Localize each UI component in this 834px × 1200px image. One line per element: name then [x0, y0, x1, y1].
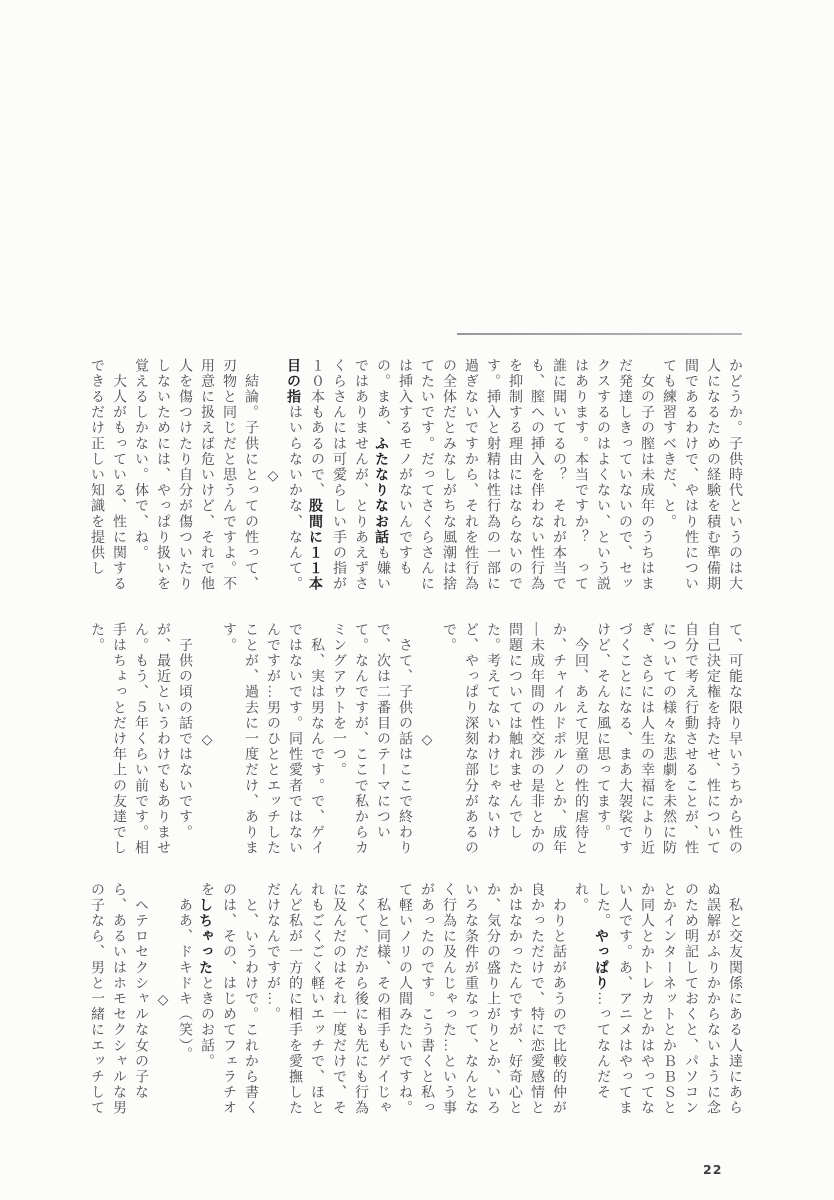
vertical-text-line: て、可能な限り早いうちから性の [723, 622, 745, 860]
vertical-text-line: の全体だとみなしがちな風潮は捨 [437, 358, 459, 596]
vertical-text-line: についての様々な悲劇を未然に防 [657, 622, 679, 860]
text-segment: 刃物と同じだと思うんですよ。不 [221, 358, 236, 592]
vertical-text-line: 問題については触れませんでし [503, 622, 525, 860]
text-segment: のため明記しておくと、パソコン [683, 882, 698, 1116]
vertical-text-line: 良かっただけで、特に恋愛感情と [525, 882, 547, 1120]
text-segment: 女の子の膣は未成年のうちはま [639, 358, 654, 592]
text-segment: かどうか。子供時代というのは大 [727, 358, 742, 592]
text-segment: があったのです。こう書くと私っ [419, 882, 434, 1116]
text-segment: ても練習すべきだ、と。 [661, 358, 676, 530]
page-number: 22 [703, 1162, 722, 1177]
vertical-text-line: れもごくごく軽いエッチで、ほと [305, 882, 327, 1120]
text-segment: 私と交友関係にある人達にあら [727, 882, 742, 1116]
text-segment: 自己決定権を持たせ、性について [705, 622, 720, 856]
text-segment: で。 [441, 622, 456, 653]
text-segment: しないためには、やっぱり扱いを [155, 358, 170, 592]
vertical-text-line: のため明記しておくと、パソコン [679, 882, 701, 1120]
text-segment: 結論。子供にとっての性って、 [243, 358, 258, 592]
text-segment: て軽いノリの人間みたいですね。 [397, 882, 412, 1116]
vertical-text-line: いろな条件が重なって、なんとな [459, 882, 481, 1120]
text-segment: て、可能な限り早いうちから性の [727, 622, 742, 856]
vertical-text-line: 大人がもっている、性に関する [107, 358, 129, 596]
text-segment: ああ、ドキドキ（笑）。 [177, 882, 192, 1062]
text-segment: ヘテロセクシャルな女の子な [133, 882, 148, 1100]
text-segment: わりと話があうので比較的仲が [551, 882, 566, 1116]
text-segment: く行為に及んじゃった…という事 [441, 882, 456, 1116]
text-segment: さて、子供の話はここで終わり [397, 622, 412, 856]
text-segment: てたいです。だってさくらさんに [419, 358, 434, 592]
text-segment: の。まあ、 [375, 358, 390, 436]
emphasis-text: 股間に１１本 [308, 498, 324, 592]
text-segment: ―未成年間の性交渉の是非とかの [529, 622, 544, 856]
text-segment: んですが…男のひととエッチした [265, 622, 280, 856]
text-segment: ら、あるいはホモセクシャルな男 [111, 882, 126, 1116]
text-segment: 私と同様、その相手もゲイじゃ [375, 882, 390, 1116]
vertical-text-line: の。まあ、ふたなりなお話も嫌い [371, 358, 393, 596]
text-segment: て。なんですが、ここで私からカ [353, 622, 368, 856]
vertical-text-line: に及んだのはそれ一度だけで、そ [327, 882, 349, 1120]
vertical-text-line: ヘテロセクシャルな女の子な [129, 882, 151, 1120]
vertical-text-line: く行為に及んじゃった…という事 [437, 882, 459, 1120]
vertical-text-line: 覚えるしかない。体で、ね。 [129, 358, 151, 596]
vertical-text-line: だ発達しきっていないので、セッ [613, 358, 635, 596]
text-segment: 過ぎないですから、それを性行為 [463, 358, 478, 592]
text-segment: が、最近というわけでもありませ [155, 622, 170, 856]
vertical-text-line: なくて、だから後にも先にも行為 [349, 882, 371, 1120]
vertical-text-line: ことが、過去に一度だけ、ありま [239, 622, 261, 860]
text-segment: か、気分の盛り上がりとか、いろ [485, 882, 500, 1116]
text-block-bottom: 私と交友関係にある人達にあらぬ誤解がふりかからないように念のため明記しておくと、… [85, 882, 745, 1120]
vertical-text-line: 自分で考え行動させることが、性 [679, 622, 701, 860]
vertical-text-line: ど、やっぱり深刻な部分があるの [459, 622, 481, 860]
text-segment: …ってなんだそ [595, 991, 610, 1100]
text-segment: ぎ、さらには人生の幸福により近 [639, 622, 654, 856]
text-segment: のは、その、はじめてフェラチオ [221, 882, 236, 1116]
vertical-text-line: は挿入するモノがないんですも [393, 358, 415, 596]
vertical-text-line: て軽いノリの人間みたいですね。 [393, 882, 415, 1120]
vertical-text-line: た。 [85, 622, 107, 860]
vertical-text-line: す。挿入と射精は性行為の一部に [481, 358, 503, 596]
text-segment: も嫌い [375, 545, 390, 592]
vertical-text-line: てたいです。だってさくらさんに [415, 358, 437, 596]
text-segment: と、いうわけで。これから書く [243, 882, 258, 1116]
scanned-document-page: かどうか。子供時代というのは大人になるための経験を積む準備期間であるわけで、やは… [0, 0, 834, 1200]
emphasis-text: しちゃった [198, 898, 214, 976]
text-segment: くらさんには可愛らしい手の指が [331, 358, 346, 592]
vertical-text-line: んど私が一方的に相手を愛撫した [283, 882, 305, 1120]
text-segment: はあります。本当ですか？ って [573, 358, 588, 592]
vertical-text-line: て。なんですが、ここで私からカ [349, 622, 371, 860]
text-segment: 間であるわけで、やはり性につい [683, 358, 698, 592]
text-segment: なくて、だから後にも先にも行為 [353, 882, 368, 1116]
vertical-text-line: 結論。子供にとっての性って、 [239, 358, 261, 596]
vertical-text-line: か、チャイルドポルノとか、成年 [547, 622, 569, 860]
text-segment: 人を傷つけたり自分が傷ついたり [177, 358, 192, 592]
text-segment: の子なら、男と一緒にエッチして [89, 882, 104, 1116]
vertical-text-line: れ。 [569, 882, 591, 1120]
vertical-text-line: ぬ誤解がふりかからないように念 [701, 882, 723, 1120]
text-segment: 大人がもっている、性に関する [111, 358, 126, 592]
emphasis-text: 目の指 [286, 358, 302, 405]
text-block-middle: て、可能な限り早いうちから性の自己決定権を持たせ、性について自分で考え行動させる… [85, 622, 745, 860]
diamond-divider: ◇ [415, 622, 437, 860]
vertical-text-line: づくことになる、まあ大袈裟です [613, 622, 635, 860]
text-segment: で、次は二番目のテーマについ [375, 622, 390, 840]
text-segment: か、チャイルドポルノとか、成年 [551, 622, 566, 856]
text-segment: ぬ誤解がふりかからないように念 [705, 882, 720, 1116]
vertical-text-line: とかインターネットとかＢＢＳと [657, 882, 679, 1120]
vertical-text-line: かはなかったんですが、好奇心と [503, 882, 525, 1120]
vertical-text-line: 用意に扱えば危いけど、それで他 [195, 358, 217, 596]
vertical-text-line: 女の子の膣は未成年のうちはま [635, 358, 657, 596]
vertical-text-line: い人です。あ、アニメはやってま [613, 882, 635, 1120]
vertical-text-line: クスするのはよくない、という説 [591, 358, 613, 596]
vertical-text-line: 私、実は男なんです。で、ゲイ [305, 622, 327, 860]
text-segment: クスするのはよくない、という説 [595, 358, 610, 592]
text-block-top: かどうか。子供時代というのは大人になるための経験を積む準備期間であるわけで、やは… [85, 358, 745, 596]
vertical-text-line: の子なら、男と一緒にエッチして [85, 882, 107, 1120]
vertical-text-line: と、いうわけで。これから書く [239, 882, 261, 1120]
text-segment: を [199, 882, 214, 898]
text-segment: か同人とかトレカとかはやってな [639, 882, 654, 1116]
vertical-text-line: も、膣への挿入を伴わない性行為 [525, 358, 547, 596]
vertical-text-line: 間であるわけで、やはり性につい [679, 358, 701, 596]
vertical-text-line: ん。もう、５年くらい前です。相 [129, 622, 151, 860]
vertical-text-line: だけなんですが…。 [261, 882, 283, 1120]
text-segment: だけなんですが…。 [265, 882, 280, 1022]
text-segment: の全体だとみなしがちな風潮は捨 [441, 358, 456, 592]
vertical-text-line: 過ぎないですから、それを性行為 [459, 358, 481, 596]
vertical-text-line: で、次は二番目のテーマについ [371, 622, 393, 860]
text-segment: に及んだのはそれ一度だけで、そ [331, 882, 346, 1116]
text-segment: ではないです。同性愛者ではない [287, 622, 302, 856]
text-segment: いろな条件が重なって、なんとな [463, 882, 478, 1116]
vertical-text-line: ぎ、さらには人生の幸福により近 [635, 622, 657, 860]
vertical-text-line: か同人とかトレカとかはやってな [635, 882, 657, 1120]
text-segment: 子供の頃の話ではないです。 [177, 622, 192, 840]
text-segment: 私、実は男なんです。で、ゲイ [309, 622, 324, 856]
text-segment: ど、やっぱり深刻な部分があるの [463, 622, 478, 856]
text-segment: す。挿入と射精は性行為の一部に [485, 358, 500, 592]
section-divider-rule [457, 333, 742, 335]
text-segment: かはなかったんですが、好奇心と [507, 882, 522, 1116]
vertical-text-line: ても練習すべきだ、と。 [657, 358, 679, 596]
text-segment: づくことになる、まあ大袈裟です [617, 622, 632, 856]
vertical-text-line: した。やっぱり…ってなんだそ [591, 882, 613, 1120]
vertical-text-line: をしちゃったときのお話。 [195, 882, 217, 1120]
text-segment: 人になるための経験を積む準備期 [705, 358, 720, 592]
text-segment: 自分で考え行動させることが、性 [683, 622, 698, 856]
text-segment: とかインターネットとかＢＢＳと [661, 882, 676, 1116]
vertical-text-line: か、気分の盛り上がりとか、いろ [481, 882, 503, 1120]
text-segment: だ発達しきっていないので、セッ [617, 358, 632, 592]
text-segment: けど、そんな風に思ってます。 [595, 622, 610, 840]
text-segment: できるだけ正しい知識を提供し [89, 358, 104, 576]
text-segment: は挿入するモノがないんですも [397, 358, 412, 576]
text-segment: ことが、過去に一度だけ、ありま [243, 622, 258, 856]
text-segment: 問題については触れませんでし [507, 622, 522, 840]
vertical-text-line: す。 [217, 622, 239, 860]
text-segment: を抑制する理由にはならないので [507, 358, 522, 592]
vertical-text-line: ではないです。同性愛者ではない [283, 622, 305, 860]
text-segment: す。 [221, 622, 236, 653]
vertical-text-line: 刃物と同じだと思うんですよ。不 [217, 358, 239, 596]
text-segment: 良かっただけで、特に恋愛感情と [529, 882, 544, 1116]
vertical-text-line: かどうか。子供時代というのは大 [723, 358, 745, 596]
vertical-text-line: 子供の頃の話ではないです。 [173, 622, 195, 860]
text-segment: ではありませんが、とりあえずさ [353, 358, 368, 592]
vertical-text-line: 手はちょっとだけ年上の友達でし [107, 622, 129, 860]
vertical-text-line: できるだけ正しい知識を提供し [85, 358, 107, 596]
vertical-text-line: しないためには、やっぱり扱いを [151, 358, 173, 596]
vertical-text-line: 私と交友関係にある人達にあら [723, 882, 745, 1120]
diamond-divider: ◇ [261, 358, 283, 596]
diamond-divider: ◇ [151, 882, 173, 1120]
vertical-text-line: わりと話があうので比較的仲が [547, 882, 569, 1120]
text-segment: 手はちょっとだけ年上の友達でし [111, 622, 126, 856]
vertical-text-line: 誰に聞いてるの？ それが本当で [547, 358, 569, 596]
vertical-text-line: ではありませんが、とりあえずさ [349, 358, 371, 596]
vertical-text-line: ミングアウトを一つ。 [327, 622, 349, 860]
text-segment: 用意に扱えば危いけど、それで他 [199, 358, 214, 592]
vertical-text-line: けど、そんな風に思ってます。 [591, 622, 613, 860]
vertical-text-line: ―未成年間の性交渉の是非とかの [525, 622, 547, 860]
vertical-text-line: を抑制する理由にはならないので [503, 358, 525, 596]
vertical-text-line: 今回、あえて児童の性的虐待と [569, 622, 591, 860]
vertical-text-line: た。考えてないわけじゃないけ [481, 622, 503, 860]
text-segment: １０本もあるので、 [309, 358, 324, 498]
text-segment: 誰に聞いてるの？ それが本当で [551, 358, 566, 592]
text-segment: 今回、あえて児童の性的虐待と [573, 622, 588, 856]
text-segment: れ。 [573, 882, 588, 913]
vertical-text-line: ら、あるいはホモセクシャルな男 [107, 882, 129, 1120]
diamond-divider: ◇ [195, 622, 217, 860]
vertical-text-line: さて、子供の話はここで終わり [393, 622, 415, 860]
vertical-text-line: が、最近というわけでもありませ [151, 622, 173, 860]
vertical-text-line: 人を傷つけたり自分が傷ついたり [173, 358, 195, 596]
text-segment: ん。もう、５年くらい前です。相 [133, 622, 148, 856]
vertical-text-line: があったのです。こう書くと私っ [415, 882, 437, 1120]
vertical-text-line: んですが…男のひととエッチした [261, 622, 283, 860]
text-segment: れもごくごく軽いエッチで、ほと [309, 882, 324, 1116]
emphasis-text: やっぱり [594, 929, 610, 991]
text-segment: た。考えてないわけじゃないけ [485, 622, 500, 840]
text-segment: た。 [89, 622, 104, 653]
vertical-text-line: １０本もあるので、股間に１１本 [305, 358, 327, 596]
text-segment: い人です。あ、アニメはやってま [617, 882, 632, 1116]
vertical-text-line: 私と同様、その相手もゲイじゃ [371, 882, 393, 1120]
text-segment: 覚えるしかない。体で、ね。 [133, 358, 148, 561]
emphasis-text: ふたなりなお話 [374, 436, 390, 545]
vertical-text-line: ああ、ドキドキ（笑）。 [173, 882, 195, 1120]
text-segment: した。 [595, 882, 610, 929]
vertical-text-line: 人になるための経験を積む準備期 [701, 358, 723, 596]
text-segment: も、膣への挿入を伴わない性行為 [529, 358, 544, 592]
text-segment: ミングアウトを一つ。 [331, 622, 346, 778]
vertical-text-line: くらさんには可愛らしい手の指が [327, 358, 349, 596]
vertical-text-line: 自己決定権を持たせ、性について [701, 622, 723, 860]
vertical-text-line: で。 [437, 622, 459, 860]
text-segment: についての様々な悲劇を未然に防 [661, 622, 676, 856]
text-segment: ときのお話。 [199, 976, 214, 1070]
text-segment: んど私が一方的に相手を愛撫した [287, 882, 302, 1116]
vertical-text-line: 目の指はいらないかな、なんて。 [283, 358, 305, 596]
vertical-text-line: のは、その、はじめてフェラチオ [217, 882, 239, 1120]
text-segment: はいらないかな、なんて。 [287, 405, 302, 592]
vertical-text-line: はあります。本当ですか？ って [569, 358, 591, 596]
